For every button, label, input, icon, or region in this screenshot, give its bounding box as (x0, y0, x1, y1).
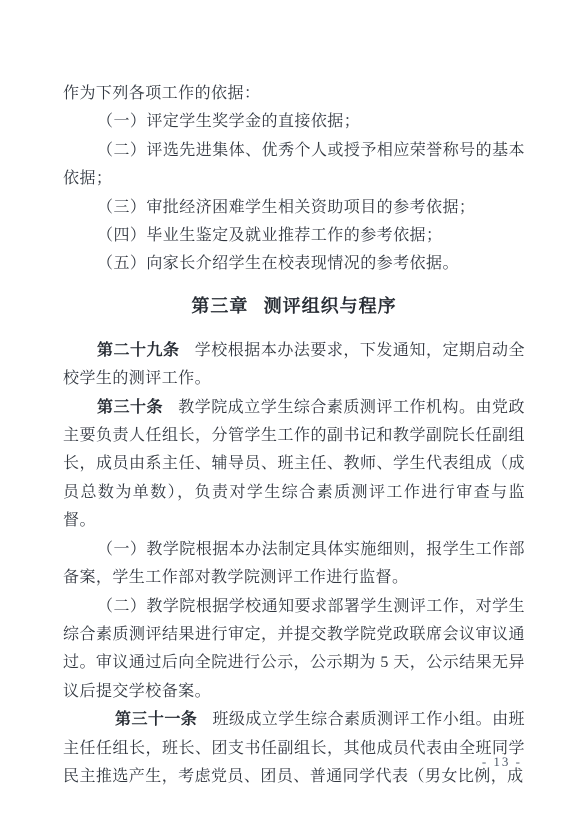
chapter-number: 第三章 (191, 296, 248, 316)
article-30-term: 第三十条 (97, 399, 163, 416)
article-29: 第二十九条学校根据本办法要求，下发通知，定期启动全校学生的测评工作。 (63, 337, 525, 394)
document-body: 作为下列各项工作的依据： （一）评定学生奖学金的直接依据； （二）评选先进集体、… (63, 80, 525, 791)
paragraph-intro: 作为下列各项工作的依据： (63, 80, 525, 108)
page-number: - 13 - (482, 754, 522, 770)
article-30-text: 教学院成立学生综合素质测评工作机构。由党政主要负责人任组长，分管学生工作的副书记… (63, 399, 525, 530)
article-31-term: 第三十一条 (115, 711, 197, 728)
list-item-3: （三）审批经济困难学生相关资助项目的参考依据； (63, 194, 525, 222)
list-item-4: （四）毕业生鉴定及就业推荐工作的参考依据； (63, 222, 525, 250)
article-29-term: 第二十九条 (97, 342, 180, 359)
article-30-clause-1: （一）教学院根据本办法制定具体实施细则，报学生工作部备案，学生工作部对教学院测评… (63, 536, 525, 593)
article-30: 第三十条教学院成立学生综合素质测评工作机构。由党政主要负责人任组长，分管学生工作… (63, 394, 525, 536)
document-page: 作为下列各项工作的依据： （一）评定学生奖学金的直接依据； （二）评选先进集体、… (0, 0, 588, 837)
list-item-1: （一）评定学生奖学金的直接依据； (63, 108, 525, 136)
list-item-2: （二）评选先进集体、优秀个人或授予相应荣誉称号的基本依据； (63, 137, 525, 194)
chapter-heading: 第三章测评组织与程序 (63, 292, 525, 321)
article-30-clause-2: （二）教学院根据学校通知要求部署学生测评工作，对学生综合素质测评结果进行审定，并… (63, 593, 525, 707)
article-31: 第三十一条班级成立学生综合素质测评工作小组。由班主任任组长，班长、团支书任副组长… (63, 706, 525, 791)
chapter-title: 测评组织与程序 (264, 296, 397, 316)
list-item-5: （五）向家长介绍学生在校表现情况的参考依据。 (63, 250, 525, 278)
